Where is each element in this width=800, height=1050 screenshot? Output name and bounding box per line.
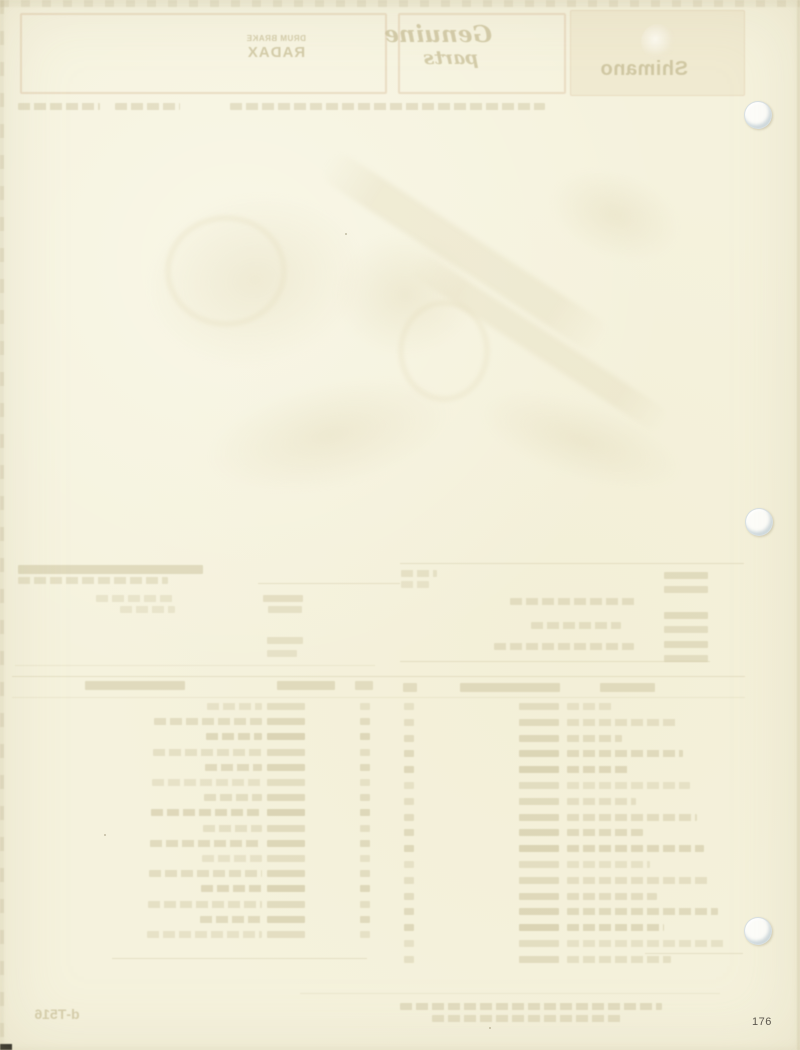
ghost-list-header	[85, 681, 185, 690]
ghost-diagram-ring	[398, 300, 490, 402]
ghost-banner-box-product	[20, 13, 387, 94]
ghost-row-cell	[404, 877, 414, 884]
ghost-row-cell	[519, 719, 559, 726]
ghost-row-cell	[519, 877, 559, 884]
ghost-footer-line	[400, 1003, 662, 1010]
ghost-note-segment	[230, 103, 545, 110]
ghost-row-cell	[360, 901, 370, 908]
ghost-diagram-ring	[165, 215, 287, 327]
ghost-row-cell	[267, 840, 305, 847]
ghost-row-cell	[567, 829, 643, 836]
ghost-row-cell	[404, 735, 414, 742]
ghost-row-cell	[404, 750, 414, 757]
ghost-genuine-parts-logo: Genuine parts	[410, 22, 492, 69]
ghost-row-cell	[519, 703, 559, 710]
ghost-row-cell	[148, 901, 262, 908]
ghost-row-cell	[360, 703, 370, 710]
ghost-row-cell	[151, 809, 262, 816]
ghost-genuine-word1: Genuine	[410, 22, 492, 48]
scanned-page: DRUM BRAKE RADAX Genuine parts Shimano	[0, 0, 800, 1050]
ghost-footer-line	[432, 1015, 622, 1022]
ghost-row-cell	[519, 814, 559, 821]
ghost-part-number	[664, 612, 708, 619]
ghost-rule	[400, 661, 710, 662]
ghost-row-cell	[153, 749, 262, 756]
ghost-row-cell	[567, 877, 711, 884]
ghost-rule	[645, 953, 743, 954]
ghost-row-cell	[147, 931, 262, 938]
ghost-row-cell	[150, 840, 262, 847]
ghost-row-cell	[404, 798, 414, 805]
ghost-spec-cell	[494, 643, 634, 650]
ghost-row-cell	[201, 885, 262, 892]
paper-speck	[345, 233, 347, 235]
ghost-row-cell	[267, 916, 305, 923]
ghost-rule	[258, 583, 400, 584]
ghost-row-cell	[267, 885, 305, 892]
ghost-row-cell	[203, 825, 262, 832]
ghost-part-number	[664, 626, 708, 633]
ghost-genuine-word2: parts	[410, 48, 492, 69]
ghost-list-header	[277, 681, 335, 690]
scan-edge-top	[0, 0, 800, 7]
ghost-diagram-blob	[126, 171, 384, 388]
ghost-spec-cell	[263, 595, 303, 602]
ghost-row-cell	[267, 870, 305, 877]
ghost-row-cell	[404, 829, 414, 836]
ghost-row-cell	[360, 885, 370, 892]
ghost-row-cell	[360, 749, 370, 756]
ghost-row-cell	[404, 908, 414, 915]
ghost-row-cell	[567, 956, 671, 963]
ghost-row-cell	[360, 931, 370, 938]
ghost-note-segment	[115, 103, 180, 110]
ghost-row-cell	[567, 924, 664, 931]
ghost-row-cell	[152, 779, 262, 786]
ghost-row-cell	[149, 870, 262, 877]
ghost-diagram-band	[317, 148, 612, 356]
ghost-row-cell	[206, 733, 262, 740]
ghost-brand-name: Shimano	[584, 58, 704, 81]
ghost-row-cell	[519, 893, 559, 900]
ghost-row-cell	[567, 814, 697, 821]
ghost-spec-cell	[267, 637, 303, 644]
ghost-row-cell	[202, 855, 262, 862]
ghost-row-cell	[267, 901, 305, 908]
ghost-row-cell	[267, 764, 305, 771]
ghost-row-cell	[267, 855, 305, 862]
ghost-row-cell	[267, 825, 305, 832]
punch-hole-middle	[745, 508, 773, 536]
ghost-row-cell	[360, 870, 370, 877]
ghost-note-segment	[18, 103, 100, 110]
ghost-list-header	[600, 683, 655, 692]
ghost-product-line1: DRUM BRAKE	[238, 33, 314, 44]
paper-speck	[489, 1027, 491, 1029]
page-number: 176	[752, 1016, 792, 1028]
ghost-row-cell	[267, 809, 305, 816]
ghost-spec-cell	[268, 606, 302, 613]
ghost-footer-code: d-T516	[26, 1006, 88, 1022]
ghost-diagram-blob	[330, 230, 480, 360]
ghost-row-cell	[200, 916, 262, 923]
ghost-rule	[15, 665, 375, 666]
ghost-row-cell	[567, 861, 650, 868]
ghost-spec-cell	[401, 570, 437, 577]
ghost-rule	[12, 697, 745, 698]
ghost-spec-cell	[510, 598, 635, 605]
ghost-row-cell	[567, 766, 629, 773]
ghost-part-number	[664, 586, 708, 593]
ghost-row-cell	[360, 779, 370, 786]
ghost-row-cell	[404, 845, 414, 852]
ghost-row-cell	[404, 766, 414, 773]
ghost-spec-header	[18, 565, 203, 574]
scan-edge-left	[0, 0, 4, 1050]
ghost-row-cell	[360, 733, 370, 740]
ghost-row-cell	[519, 735, 559, 742]
paper-speck	[104, 834, 106, 836]
ghost-row-cell	[204, 794, 262, 801]
ghost-row-cell	[404, 782, 414, 789]
ghost-row-cell	[404, 861, 414, 868]
ghost-row-cell	[207, 703, 262, 710]
ghost-row-cell	[267, 703, 305, 710]
ghost-row-cell	[567, 798, 636, 805]
ghost-row-cell	[567, 750, 683, 757]
ghost-diagram-blob	[191, 354, 468, 516]
ghost-row-cell	[519, 861, 559, 868]
ghost-row-cell	[404, 924, 414, 931]
ghost-row-cell	[360, 809, 370, 816]
ghost-brand-wing-icon	[641, 24, 675, 60]
ghost-row-cell	[519, 766, 559, 773]
ghost-row-cell	[519, 924, 559, 931]
ghost-rule	[112, 958, 367, 959]
ghost-row-cell	[267, 794, 305, 801]
ghost-list-header	[403, 683, 417, 692]
ghost-spec-cell	[96, 595, 176, 602]
ghost-row-cell	[567, 735, 622, 742]
punch-hole-bottom	[744, 917, 772, 945]
ghost-row-cell	[519, 829, 559, 836]
ghost-row-cell	[404, 956, 414, 963]
ghost-row-cell	[360, 840, 370, 847]
ghost-row-cell	[205, 764, 262, 771]
ghost-row-cell	[404, 940, 414, 947]
ghost-spec-cell	[267, 650, 297, 657]
ghost-row-cell	[567, 719, 676, 726]
ghost-spec-cell	[401, 581, 429, 588]
ghost-row-cell	[267, 718, 305, 725]
ghost-row-cell	[404, 719, 414, 726]
ghost-product-line2: RADAX	[238, 44, 314, 61]
ghost-row-cell	[519, 908, 559, 915]
ghost-part-number	[664, 641, 708, 648]
ghost-row-cell	[360, 825, 370, 832]
ghost-list-header	[460, 683, 560, 692]
ghost-row-cell	[567, 940, 725, 947]
ghost-part-number	[664, 572, 708, 579]
ghost-rule	[400, 563, 744, 564]
ghost-spec-header	[18, 577, 168, 584]
ghost-row-cell	[567, 703, 615, 710]
ghost-row-cell	[267, 749, 305, 756]
ghost-product-title: DRUM BRAKE RADAX	[238, 33, 314, 61]
ghost-diagram-band	[407, 250, 673, 435]
ghost-list-header	[355, 681, 373, 690]
ghost-row-cell	[567, 908, 718, 915]
ghost-row-cell	[404, 814, 414, 821]
ghost-spec-cell	[531, 622, 621, 629]
ghost-row-cell	[154, 718, 262, 725]
ghost-row-cell	[567, 782, 690, 789]
ghost-row-cell	[360, 794, 370, 801]
ghost-row-cell	[360, 855, 370, 862]
ghost-row-cell	[519, 845, 559, 852]
ghost-row-cell	[519, 798, 559, 805]
punch-hole-top	[744, 101, 772, 129]
ghost-row-cell	[267, 931, 305, 938]
ghost-row-cell	[519, 956, 559, 963]
ghost-rule	[300, 993, 720, 994]
ghost-diagram-blob	[534, 149, 696, 281]
ghost-row-cell	[404, 703, 414, 710]
scan-corner-mark	[0, 1044, 12, 1050]
ghost-row-cell	[519, 782, 559, 789]
ghost-row-cell	[360, 764, 370, 771]
ghost-row-cell	[267, 733, 305, 740]
ghost-row-cell	[519, 750, 559, 757]
ghost-row-cell	[404, 893, 414, 900]
ghost-diagram-blob	[463, 368, 697, 512]
ghost-row-cell	[360, 718, 370, 725]
ghost-row-cell	[360, 916, 370, 923]
ghost-row-cell	[567, 893, 657, 900]
ghost-spec-cell	[120, 606, 175, 613]
ghost-rule	[12, 676, 745, 677]
ghost-row-cell	[567, 845, 704, 852]
ghost-row-cell	[519, 940, 559, 947]
ghost-row-cell	[267, 779, 305, 786]
